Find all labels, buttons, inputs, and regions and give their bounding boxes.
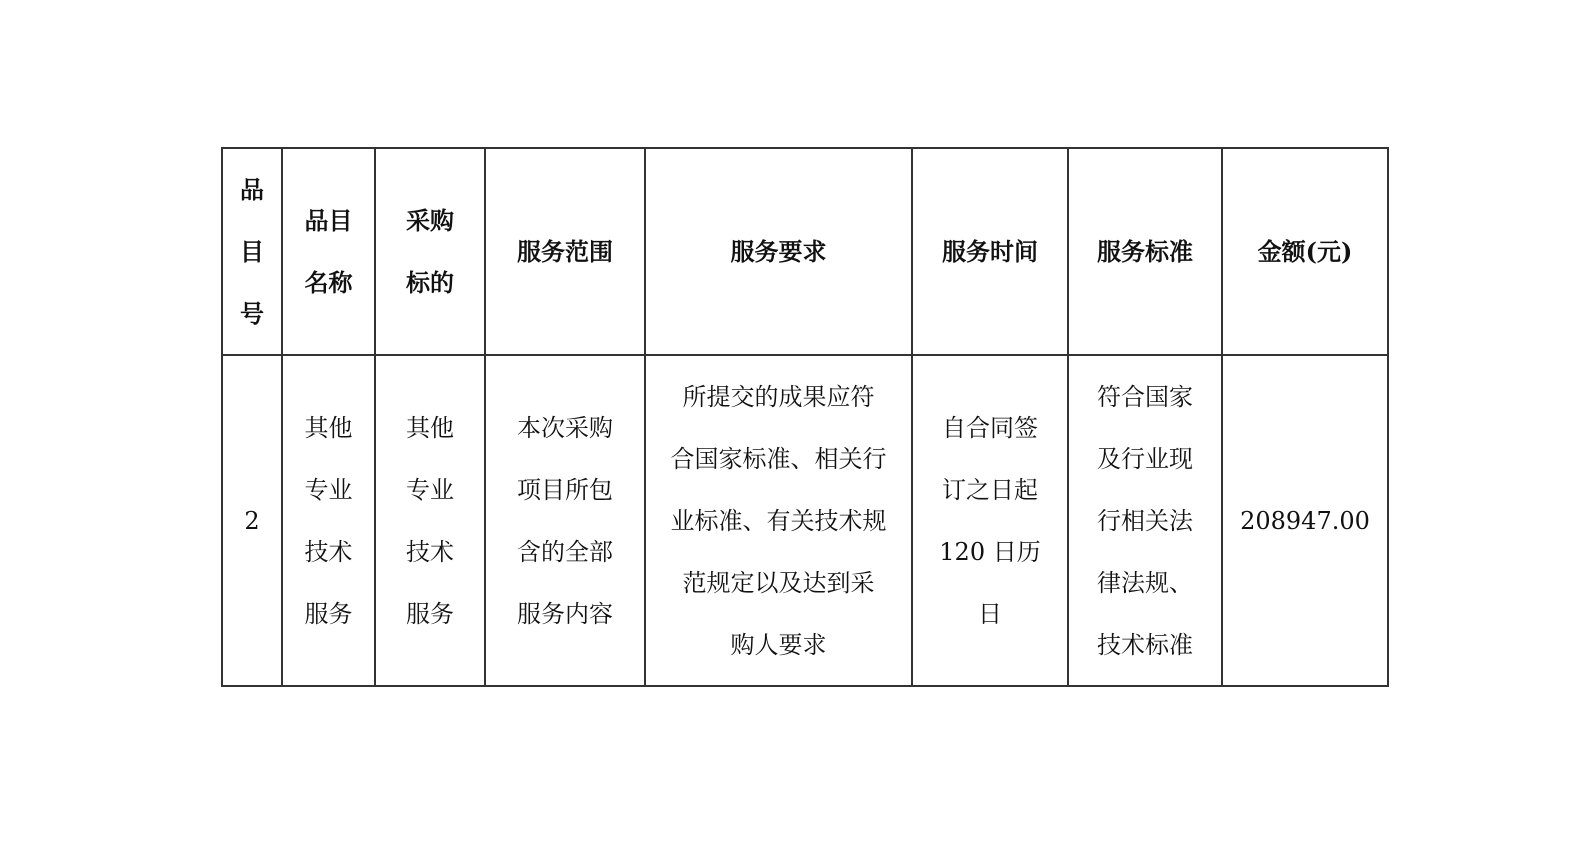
cell-text: 技术 <box>283 521 374 583</box>
header-service-time: 服务时间 <box>912 148 1068 355</box>
header-text: 采购 <box>376 190 484 252</box>
header-text: 服务范围 <box>517 237 613 266</box>
cell-text: 日 <box>913 583 1067 645</box>
cell-text: 其他 <box>376 397 484 459</box>
cell-text: 所提交的成果应符 <box>646 366 911 428</box>
cell-service-standard: 符合国家 及行业现 行相关法 律法规、 技术标准 <box>1068 355 1222 686</box>
header-amount: 金额(元) <box>1222 148 1388 355</box>
cell-text: 业标准、有关技术规 <box>646 490 911 552</box>
cell-service-scope: 本次采购 项目所包 含的全部 服务内容 <box>485 355 645 686</box>
cell-text: 购人要求 <box>646 614 911 676</box>
header-text: 目 <box>223 221 281 283</box>
cell-service-requirements: 所提交的成果应符 合国家标准、相关行 业标准、有关技术规 范规定以及达到采 购人… <box>645 355 912 686</box>
header-text: 服务时间 <box>942 237 1038 266</box>
cell-text: 专业 <box>283 459 374 521</box>
header-text: 服务要求 <box>731 237 827 266</box>
header-text: 号 <box>223 283 281 345</box>
header-item-name: 品目 名称 <box>282 148 375 355</box>
cell-text: 专业 <box>376 459 484 521</box>
header-text: 服务标准 <box>1097 237 1193 266</box>
cell-text: 服务 <box>376 583 484 645</box>
cell-procurement-subject: 其他 专业 技术 服务 <box>375 355 485 686</box>
cell-text: 技术 <box>376 521 484 583</box>
cell-text: 及行业现 <box>1069 428 1221 490</box>
cell-text: 自合同签 <box>913 397 1067 459</box>
header-text: 品目 <box>283 190 374 252</box>
cell-amount: 208947.00 <box>1222 355 1388 686</box>
table-row: 2 其他 专业 技术 服务 其他 专业 技术 服务 本次采购 项目所包 含的全部… <box>222 355 1388 686</box>
cell-text: 本次采购 <box>486 397 644 459</box>
cell-text: 含的全部 <box>486 521 644 583</box>
procurement-table: 品 目 号 品目 名称 采购 标的 服务范围 服务要求 服务时间 服务标准 金额… <box>221 147 1389 687</box>
cell-text: 120 日历 <box>913 521 1067 583</box>
cell-text: 项目所包 <box>486 459 644 521</box>
cell-text: 订之日起 <box>913 459 1067 521</box>
cell-text: 服务内容 <box>486 583 644 645</box>
cell-text: 合国家标准、相关行 <box>646 428 911 490</box>
header-text: 标的 <box>376 252 484 314</box>
cell-text: 其他 <box>283 397 374 459</box>
header-service-standard: 服务标准 <box>1068 148 1222 355</box>
cell-text: 行相关法 <box>1069 490 1221 552</box>
header-text: 名称 <box>283 252 374 314</box>
cell-text: 服务 <box>283 583 374 645</box>
header-service-requirements: 服务要求 <box>645 148 912 355</box>
cell-service-time: 自合同签 订之日起 120 日历 日 <box>912 355 1068 686</box>
header-procurement-subject: 采购 标的 <box>375 148 485 355</box>
cell-text: 范规定以及达到采 <box>646 552 911 614</box>
cell-text: 符合国家 <box>1069 366 1221 428</box>
cell-text: 技术标准 <box>1069 614 1221 676</box>
cell-text: 律法规、 <box>1069 552 1221 614</box>
header-text: 品 <box>223 159 281 221</box>
cell-item-name: 其他 专业 技术 服务 <box>282 355 375 686</box>
header-row: 品 目 号 品目 名称 采购 标的 服务范围 服务要求 服务时间 服务标准 金额… <box>222 148 1388 355</box>
header-service-scope: 服务范围 <box>485 148 645 355</box>
cell-item-no: 2 <box>222 355 282 686</box>
header-item-no: 品 目 号 <box>222 148 282 355</box>
header-text: 金额(元) <box>1258 237 1353 266</box>
